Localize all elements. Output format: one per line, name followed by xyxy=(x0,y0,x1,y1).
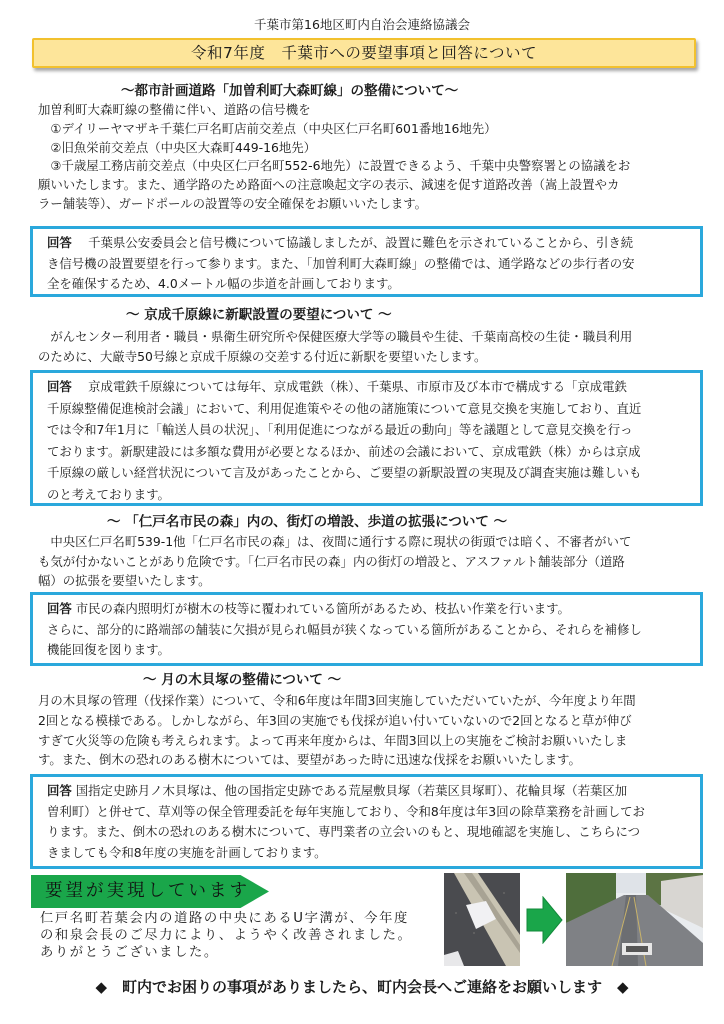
answer-box-forest: 回答市民の森内照明灯が樹木の枝等に覆われている箇所があるため、枝払い作業を行いま… xyxy=(30,592,703,666)
request-line: 願いいたします。また、通学路のため路面への注意喚起文字の表示、減速を促す道路改善… xyxy=(38,176,630,195)
contact-notice: ◆ 町内でお困りの事項がありましたら、町内会長へご連絡をお願いします ◆ xyxy=(0,977,724,997)
answer-box-road: 回答 千葉県公安委員会と信号機について協議しましたが、設置に難色を示されているこ… xyxy=(30,226,703,297)
realized-request-text: 仁戸名町若葉会内の道路の中央にあるU字溝が、今年度 の和泉会長のご尽力により、よ… xyxy=(40,910,412,961)
answer-line: きましても令和8年度の実施を計画しております。 xyxy=(47,843,700,864)
request-line: 2回となる模様である。しかしながら、年3回の実施でも伐採が追い付いていないので2… xyxy=(38,711,636,731)
answer-line: 京成電鉄千原線については毎年、京成電鉄（株）、千葉県、市原市及び本市で構成する「… xyxy=(76,379,627,394)
answer-line: さらに、部分的に路端部の舗装に欠損が見られ幅員が狭くなっている箇所があることから… xyxy=(47,620,700,641)
answer-line: 千葉県公安委員会と信号機について協議しましたが、設置に難色を示されていることから… xyxy=(76,235,633,250)
answer-line: 市民の森内照明灯が樹木の枝等に覆われている箇所があるため、枝払い作業を行います。 xyxy=(76,601,570,616)
answer-label: 回答 xyxy=(47,601,72,616)
answer-label: 回答 xyxy=(47,379,72,394)
answer-line: ております。新駅建設には多額な費用が必要となるほか、前述の会議において、京成電鉄… xyxy=(47,441,700,463)
answer-label: 回答 xyxy=(47,783,72,798)
request-line: す。また、倒木の恐れのある樹木については、要望があった時に迅速な伐採をお願いいた… xyxy=(38,750,636,770)
answer-line: 千原線の厳しい経営状況について言及があったことから、ご要望の新駅設置の実現及び調… xyxy=(47,462,700,484)
request-line: 加曽利町大森町線の整備に伴い、道路の信号機を xyxy=(38,101,630,120)
request-line: 幅）の拡張を要望いたします。 xyxy=(38,571,631,591)
answer-line: 全を確保するため、4.0メートル幅の歩道を計画しております。 xyxy=(47,274,700,295)
answer-box-shell-mound: 回答国指定史跡月ノ木貝塚は、他の国指定史跡である荒屋敷貝塚（若葉区貝塚町）、花輪… xyxy=(30,774,703,869)
answer-line: 機能回復を図ります。 xyxy=(47,640,700,661)
section-heading-shell-mound: ～ 月の木貝塚の整備について ～ xyxy=(143,671,341,689)
answer-box-station: 回答 京成電鉄千原線については毎年、京成電鉄（株）、千葉県、市原市及び本市で構成… xyxy=(30,370,703,506)
after-photo xyxy=(566,873,703,966)
realized-request-banner: 要望が実現しています xyxy=(31,875,269,908)
answer-line: き信号機の設置要望を行って参ります。また、「加曽利町大森町線」の整備では、通学路… xyxy=(47,254,700,275)
answer-line: 千原線整備促進検討会議」において、利用促進策やその他の諸施策について意見交換を実… xyxy=(47,398,700,420)
news-line: 仁戸名町若葉会内の道路の中央にあるU字溝が、今年度 xyxy=(40,910,412,927)
request-line: 中央区仁戸名町539-1他「仁戸名市民の森」は、夜間に通行する際に現状の街頭では… xyxy=(38,532,631,552)
section-request-station: がんセンター利用者・職員・県衛生研究所や保健医療大学等の職員や生徒、千葉南高校の… xyxy=(38,327,632,367)
answer-line: ります。また、倒木の恐れのある樹木について、専門業者の立会いのもと、現地確認を実… xyxy=(47,822,700,843)
request-line: のために、大厳寺50号線と京成千原線の交差する付近に新駅を要望いたします。 xyxy=(38,347,632,367)
news-line: の和泉会長のご尽力により、ようやく改善されました。 xyxy=(40,927,412,944)
request-line: ②旧魚栄前交差点（中央区大森町449-16地先） xyxy=(38,139,630,158)
organization-name: 千葉市第16地区町内自治会連絡協議会 xyxy=(0,17,724,33)
request-line: がんセンター利用者・職員・県衛生研究所や保健医療大学等の職員や生徒、千葉南高校の… xyxy=(38,327,632,347)
request-line: すぎて火災等の危険も考えられます。よって再来年度からは、年間3回以上の実施をご検… xyxy=(38,731,636,751)
page-title: 令和7年度 千葉市への要望事項と回答について xyxy=(32,38,696,68)
section-request-shell-mound: 月の木貝塚の管理（伐採作業）について、令和6年度は年間3回実施していただいていた… xyxy=(38,691,636,770)
request-line: 月の木貝塚の管理（伐採作業）について、令和6年度は年間3回実施していただいていた… xyxy=(38,691,636,711)
answer-line: 国指定史跡月ノ木貝塚は、他の国指定史跡である荒屋敷貝塚（若葉区貝塚町）、花輪貝塚… xyxy=(76,783,627,798)
request-line: ③千歳屋工務店前交差点（中央区仁戸名町552-6地先）に設置できるよう、千葉中央… xyxy=(38,157,630,176)
section-request-road: 加曽利町大森町線の整備に伴い、道路の信号機を ①デイリーヤマザキ千葉仁戸名町店前… xyxy=(38,101,630,214)
section-heading-road: ～都市計画道路「加曽利町大森町線」の整備について～ xyxy=(121,82,458,100)
request-line: も気が付かないことがあり危険です。「仁戸名市民の森」内の街灯の増設と、アスファル… xyxy=(38,552,631,572)
section-heading-station: ～ 京成千原線に新駅設置の要望について ～ xyxy=(126,306,392,324)
right-arrow-icon xyxy=(526,896,563,944)
request-line: ①デイリーヤマザキ千葉仁戸名町店前交差点（中央区仁戸名町601番地16地先） xyxy=(38,120,630,139)
news-line: ありがとうございました。 xyxy=(40,944,412,961)
banner-label: 要望が実現しています xyxy=(45,879,250,903)
section-request-forest: 中央区仁戸名町539-1他「仁戸名市民の森」は、夜間に通行する際に現状の街頭では… xyxy=(38,532,631,591)
answer-line: のと考えております。 xyxy=(47,484,700,506)
answer-line: では令和7年1月に「輸送人員の状況」、「利用促進につながる最近の動向」等を議題と… xyxy=(47,419,700,441)
answer-line: 曽利町）と併せて、草刈等の保全管理委託を毎年実施しており、令和8年度は年3回の除… xyxy=(47,802,700,823)
request-line: ラー舗装等）、ガードポールの設置等の安全確保をお願いいたします。 xyxy=(38,195,630,214)
answer-label: 回答 xyxy=(47,235,72,250)
section-heading-forest: ～ 「仁戸名市民の森」内の、街灯の増設、歩道の拡張について ～ xyxy=(107,513,507,531)
before-photo xyxy=(444,873,520,966)
